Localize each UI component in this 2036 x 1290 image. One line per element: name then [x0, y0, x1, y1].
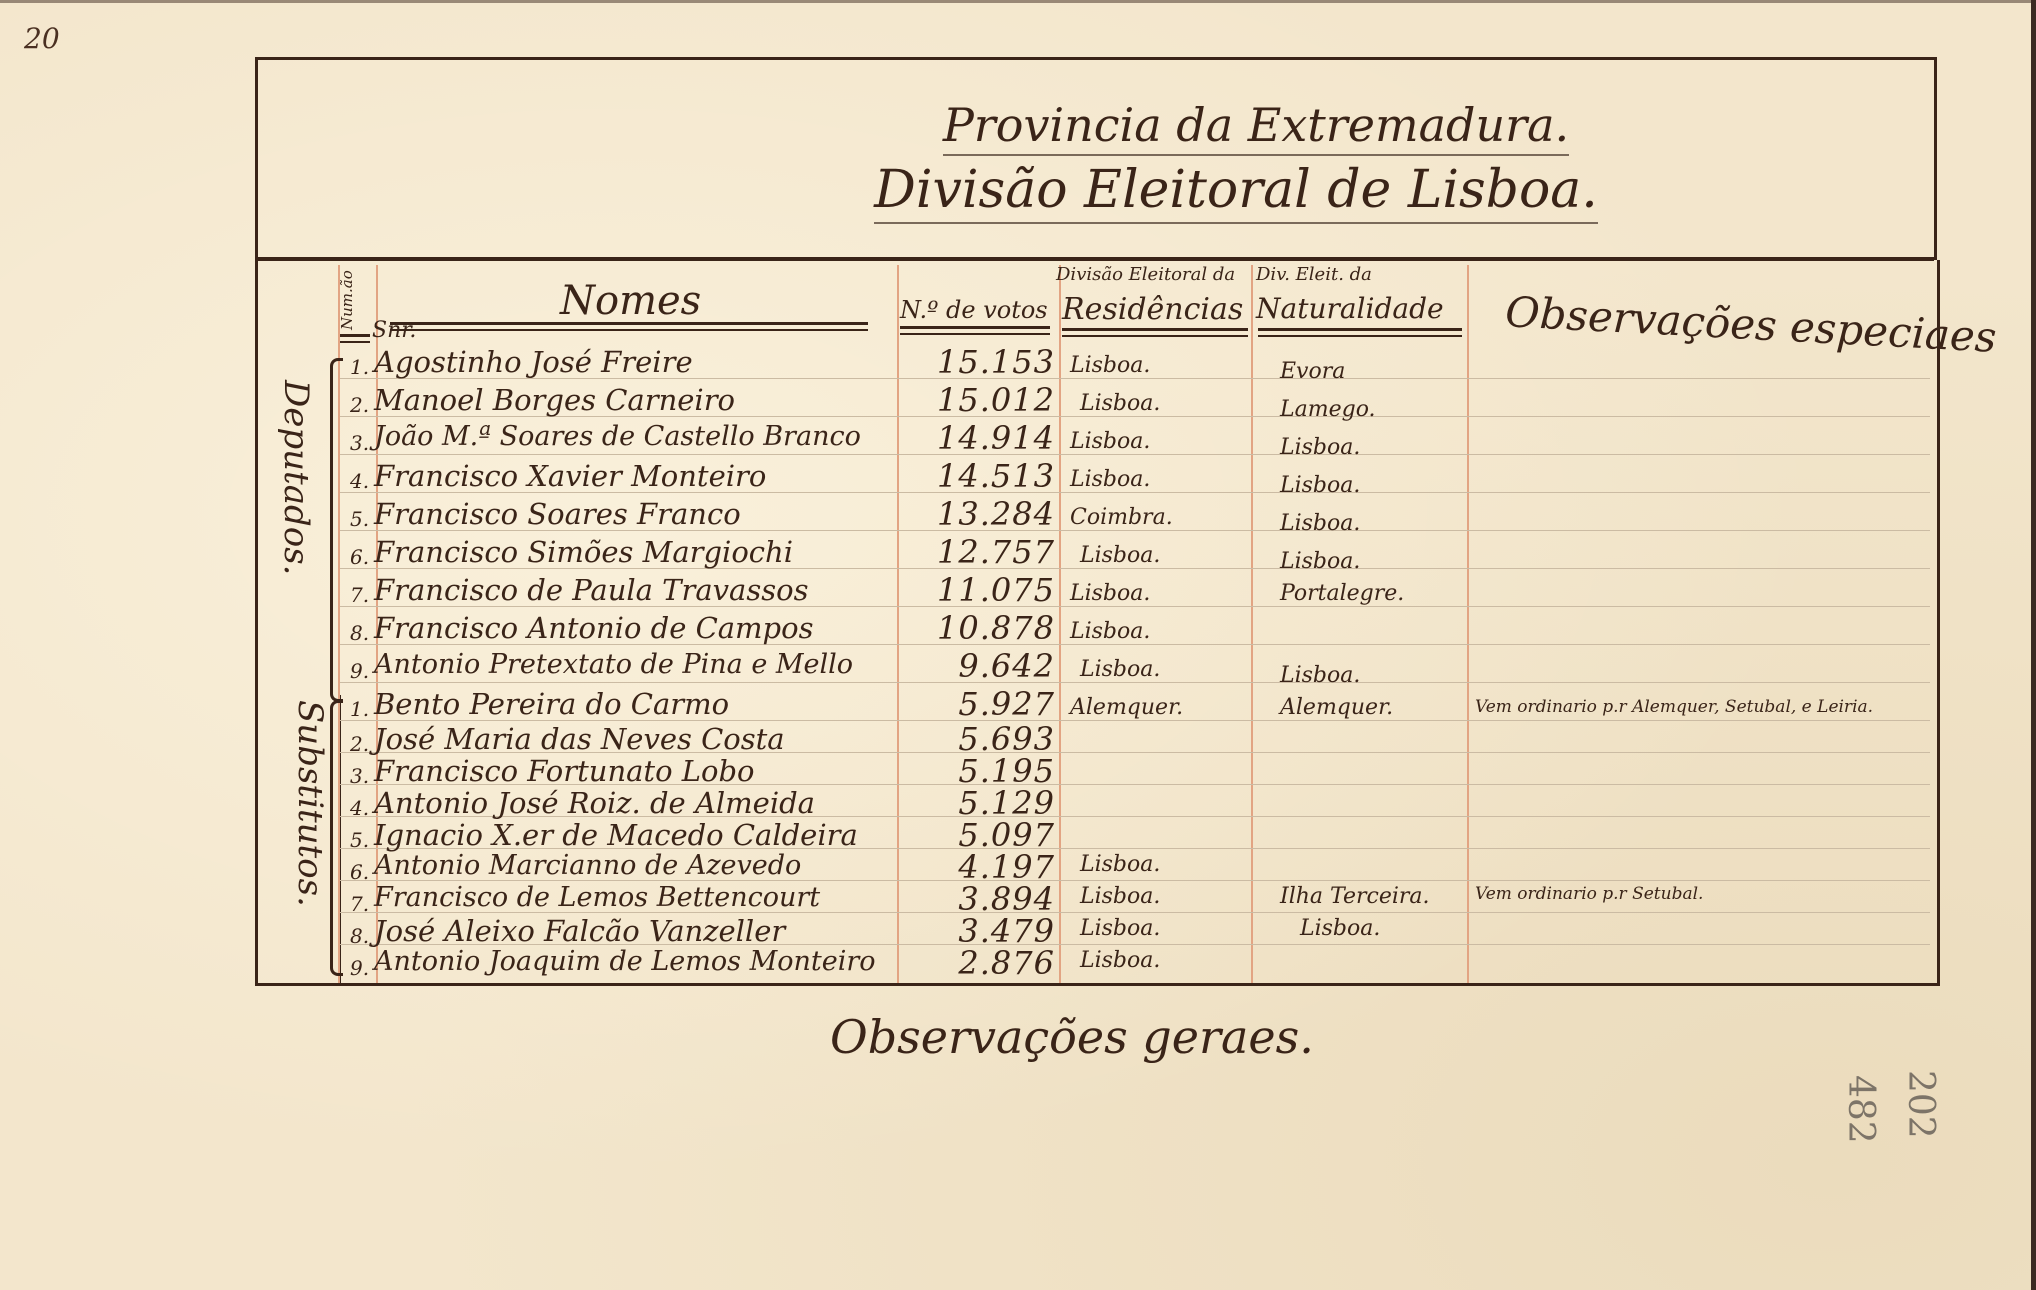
residence: Lisboa.: [1080, 543, 1160, 568]
general-observations-heading: Observações geraes.: [830, 1010, 1314, 1064]
table-row-substitute: 1. Bento Pereira do Carmo 5.927 Alemquer…: [340, 687, 1930, 725]
row-number: 6.: [350, 545, 369, 569]
vote-count: 15.153: [915, 343, 1055, 381]
candidate-name: Agostinho José Freire: [374, 345, 693, 379]
row-number: 2.: [350, 732, 369, 756]
votes-column-header: N.º de votos: [900, 296, 1048, 324]
pencil-mark-482: 482: [1840, 1075, 1881, 1144]
province-title-text: Provincia da Extremadura.: [943, 98, 1569, 156]
residence: Lisboa.: [1080, 916, 1160, 941]
table-row-deputy: 4. Francisco Xavier Monteiro 14.513 Lisb…: [340, 459, 1930, 497]
page-edge-right: [2031, 0, 2036, 1290]
names-header-underline: [390, 322, 868, 331]
division-title: Divisão Eleitoral de Lisboa.: [258, 160, 1934, 220]
residence-header-underline: [1062, 328, 1248, 337]
birthplace-column-header-top: Div. Eleit. da: [1256, 264, 1372, 285]
substitutes-group-label: Substitutos.: [290, 700, 330, 907]
vote-count: 2.876: [915, 944, 1055, 982]
candidate-name: Bento Pereira do Carmo: [374, 687, 729, 721]
residence: Coimbra.: [1070, 505, 1173, 530]
candidate-name: Manoel Borges Carneiro: [374, 383, 735, 417]
row-number: 2.: [350, 393, 369, 417]
residence: Lisboa.: [1080, 657, 1160, 682]
birthplace: Ilha Terceira.: [1280, 884, 1430, 909]
row-number: 3.: [350, 764, 369, 788]
votes-header-underline: [900, 326, 1050, 335]
vote-count: 10.878: [915, 609, 1055, 647]
row-number: 4.: [350, 796, 369, 820]
birthplace: Lamego.: [1280, 397, 1376, 422]
row-number: 5.: [350, 828, 369, 852]
candidate-name: Antonio Marcianno de Azevedo: [374, 850, 801, 881]
special-observation: Vem ordinario p.r Setubal.: [1475, 884, 1703, 904]
candidate-name: Francisco Xavier Monteiro: [374, 459, 766, 493]
birthplace-header-underline: [1258, 328, 1462, 337]
birthplace: Alemquer.: [1280, 695, 1393, 720]
row-number: 1.: [350, 355, 369, 379]
special-observation: Vem ordinario p.r Alemquer, Setubal, e L…: [1475, 697, 1873, 717]
candidate-name: Francisco Simões Margiochi: [374, 535, 793, 569]
row-number: 7.: [350, 583, 369, 607]
table-row-deputy: 5. Francisco Soares Franco 13.284 Coimbr…: [340, 497, 1930, 535]
birthplace: Portalegre.: [1280, 581, 1404, 606]
table-row-deputy: 1. Agostinho José Freire 15.153 Lisboa. …: [340, 345, 1930, 383]
title-box: Provincia da Extremadura. Divisão Eleito…: [255, 57, 1937, 260]
candidate-name: Francisco Fortunato Lobo: [374, 754, 755, 788]
vote-count: 9.642: [915, 647, 1055, 685]
candidate-name: Francisco Antonio de Campos: [374, 611, 813, 645]
vote-count: 15.012: [915, 381, 1055, 419]
residence: Lisboa.: [1070, 619, 1150, 644]
candidate-name: Antonio Pretextato de Pina e Mello: [374, 649, 853, 680]
birthplace: Lisboa.: [1280, 511, 1360, 536]
number-header-underline: [340, 334, 370, 343]
row-number: 8.: [350, 621, 369, 645]
page-edge-top: [0, 0, 2036, 3]
table-row-deputy: 3. João M.ª Soares de Castello Branco 14…: [340, 421, 1930, 459]
row-number: 5.: [350, 507, 369, 531]
pencil-mark-202: 202: [1900, 1070, 1941, 1139]
residence-column-header: Residências: [1062, 292, 1243, 327]
province-title: Provincia da Extremadura.: [258, 98, 1934, 152]
residence: Lisboa.: [1080, 852, 1160, 877]
residence: Lisboa.: [1080, 884, 1160, 909]
row-number: 4.: [350, 469, 369, 493]
residence: Alemquer.: [1070, 695, 1183, 720]
vote-count: 14.914: [915, 419, 1055, 457]
birthplace: Lisboa.: [1280, 663, 1360, 688]
table-row-deputy: 7. Francisco de Paula Travassos 11.075 L…: [340, 573, 1930, 611]
birthplace: Lisboa.: [1280, 473, 1360, 498]
row-number: 9.: [350, 956, 369, 980]
vote-count: 12.757: [915, 533, 1055, 571]
row-number: 8.: [350, 924, 369, 948]
birthplace: Lisboa.: [1280, 549, 1360, 574]
residence: Lisboa.: [1080, 948, 1160, 973]
residence: Lisboa.: [1070, 429, 1150, 454]
division-title-text: Divisão Eleitoral de Lisboa.: [874, 160, 1598, 224]
birthplace: Lisboa.: [1280, 435, 1360, 460]
table-row-deputy: 6. Francisco Simões Margiochi 12.757 Lis…: [340, 535, 1930, 573]
candidate-name: Antonio Joaquim de Lemos Monteiro: [374, 946, 876, 977]
birthplace: Evora: [1280, 359, 1345, 384]
names-prefix: Snr.: [372, 318, 416, 343]
number-column-header: Num.ão: [338, 265, 372, 335]
candidate-name: Francisco de Paula Travassos: [374, 573, 808, 607]
candidate-name: Ignacio X.er de Macedo Caldeira: [374, 818, 858, 852]
row-number: 1.: [350, 697, 369, 721]
vote-count: 13.284: [915, 495, 1055, 533]
candidate-name: Francisco de Lemos Bettencourt: [374, 882, 820, 913]
vote-count: 14.513: [915, 457, 1055, 495]
row-number: 7.: [350, 892, 369, 916]
row-number: 9.: [350, 659, 369, 683]
residence: Lisboa.: [1070, 581, 1150, 606]
candidate-name: João M.ª Soares de Castello Branco: [374, 421, 861, 452]
residence: Lisboa.: [1070, 467, 1150, 492]
page-number: 20: [24, 22, 60, 55]
candidate-name: José Maria das Neves Costa: [374, 722, 785, 756]
names-column-header: Nomes: [560, 278, 701, 324]
birthplace-column-header: Naturalidade: [1256, 292, 1444, 325]
candidate-name: Francisco Soares Franco: [374, 497, 741, 531]
table-row-deputy: 8. Francisco Antonio de Campos 10.878 Li…: [340, 611, 1930, 649]
residence: Lisboa.: [1070, 353, 1150, 378]
vote-count: 11.075: [915, 571, 1055, 609]
table-row-deputy: 2. Manoel Borges Carneiro 15.012 Lisboa.…: [340, 383, 1930, 421]
vote-count: 5.927: [915, 685, 1055, 723]
birthplace: Lisboa.: [1300, 916, 1380, 941]
row-number: 3.: [350, 431, 369, 455]
row-number: 6.: [350, 860, 369, 884]
candidate-name: Antonio José Roiz. de Almeida: [374, 786, 815, 820]
residence: Lisboa.: [1080, 391, 1160, 416]
table-row-deputy: 9. Antonio Pretextato de Pina e Mello 9.…: [340, 649, 1930, 687]
residence-column-header-top: Divisão Eleitoral da: [1056, 264, 1235, 285]
candidate-name: José Aleixo Falcão Vanzeller: [374, 914, 785, 948]
table-row-substitute: 9. Antonio Joaquim de Lemos Monteiro 2.8…: [340, 946, 1930, 984]
deputies-group-label: Deputados.: [276, 380, 316, 575]
